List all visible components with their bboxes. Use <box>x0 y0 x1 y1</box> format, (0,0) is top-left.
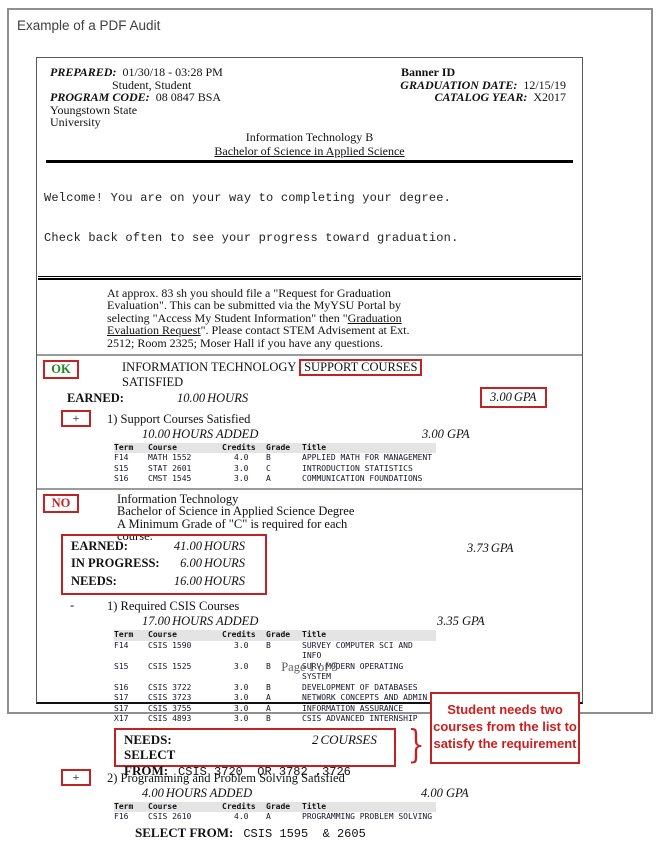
support-title-main: INFORMATION TECHNOLOGY <box>122 360 296 374</box>
cell-grade: A <box>266 812 302 823</box>
earned-hours-unit: HOURS <box>207 391 248 405</box>
earned-label: EARNED: <box>71 538 128 556</box>
cell-credits: 3.0 <box>222 704 266 715</box>
welcome-banner: Welcome! You are on your way to completi… <box>44 165 582 273</box>
cell-term: S15 <box>114 464 148 475</box>
program-stats-wrap: EARNED: 41.00HOURS IN PROGRESS: 6.00HOUR… <box>61 534 267 596</box>
table-header-row: Term Course Credits Grade Title <box>114 443 436 454</box>
cell-term: X17 <box>114 714 148 725</box>
support-hours-added-line: 10.00HOURS ADDED 3.00 GPA <box>142 428 582 440</box>
section-divider-1 <box>37 354 582 356</box>
col-title: Title <box>302 802 436 813</box>
cell-term: F14 <box>114 641 148 662</box>
programming-added-value: 4.00 <box>142 786 164 800</box>
cell-title: INTRODUCTION STATISTICS <box>302 464 436 475</box>
cell-credits: 3.0 <box>222 683 266 694</box>
needs-count-unit: COURSES <box>321 732 377 747</box>
cell-credits: 4.0 <box>222 812 266 823</box>
support-courses-highlight-box: SUPPORT COURSES <box>299 359 422 376</box>
earned-label: EARNED: <box>67 391 124 405</box>
pdf-audit-page: PREPARED: 01/30/18 - 03:28 PM Student, S… <box>36 57 583 704</box>
table-row: S17 CSIS 3723 3.0 A NETWORK CONCEPTS AND… <box>114 693 436 704</box>
earned-value: 41.00 <box>174 539 202 553</box>
collapse-dash-icon[interactable]: - <box>70 598 74 613</box>
cell-title: COMMUNICATION FOUNDATIONS <box>302 474 436 485</box>
table-row: F14 MATH 1552 4.0 B APPLIED MATH FOR MAN… <box>114 453 436 464</box>
needs-unit: HOURS <box>204 574 245 588</box>
support-earned-line: EARNED: 10.00HOURS 3.00GPA <box>67 391 582 408</box>
status-no-badge: NO <box>43 494 79 513</box>
select-from-courses: CSIS 1595 & 2605 <box>243 827 365 841</box>
support-item-row: + 1) Support Courses Satisfied <box>37 411 582 428</box>
support-item-label: 1) Support Courses Satisfied <box>107 412 250 427</box>
csis-added-unit: HOURS ADDED <box>172 614 258 628</box>
section-divider-2 <box>37 488 582 490</box>
status-ok-badge: OK <box>43 360 79 379</box>
cell-title: PROGRAMMING PROBLEM SOLVING <box>302 812 436 823</box>
earned-unit: HOURS <box>204 539 245 553</box>
cell-course: CSIS 3722 <box>148 683 222 694</box>
support-added-unit: HOURS ADDED <box>172 427 258 441</box>
advisor-annotation-callout: Student needs two courses from the list … <box>430 692 580 764</box>
table-header-row: Term Course Credits Grade Title <box>114 802 436 813</box>
catalog-year-line: CATALOG YEAR: X2017 <box>391 91 566 104</box>
needs-line: NEEDS: 2COURSES <box>124 732 386 747</box>
cell-credits: 3.0 <box>222 693 266 704</box>
program-gpa-unit: GPA <box>491 541 514 555</box>
programming-added-gpa-unit: GPA <box>446 786 469 800</box>
frame-title: Example of a PDF Audit <box>17 18 160 33</box>
cell-term: S17 <box>114 693 148 704</box>
col-grade: Grade <box>266 443 302 454</box>
earned-row: EARNED: 41.00HOURS <box>71 538 255 556</box>
csis-hours-added-line: 17.00HOURS ADDED 3.35 GPA <box>142 615 582 627</box>
support-section-title: INFORMATION TECHNOLOGY SUPPORT COURSES S… <box>122 359 582 389</box>
expand-plus-icon[interactable]: + <box>61 410 91 427</box>
support-section-head: OK INFORMATION TECHNOLOGY SUPPORT COURSE… <box>37 359 582 389</box>
graduation-advisory: At approx. 83 sh you should file a "Requ… <box>107 287 415 349</box>
catalog-year-label: CATALOG YEAR: <box>435 90 528 104</box>
cell-course: STAT 2601 <box>148 464 222 475</box>
catalog-year-value: X2017 <box>533 90 566 104</box>
needs-row: NEEDS: 16.00HOURS <box>71 573 255 591</box>
col-grade: Grade <box>266 802 302 813</box>
csis-courses-table: Term Course Credits Grade Title F14 CSIS… <box>114 630 436 725</box>
cell-grade: A <box>266 474 302 485</box>
prepared-label: PREPARED: <box>50 65 116 79</box>
needs-label: NEEDS: <box>71 573 117 591</box>
cell-term: S17 <box>114 704 148 715</box>
table-row: F14 CSIS 1590 3.0 B SURVEY COMPUTER SCI … <box>114 641 436 662</box>
cell-course: CSIS 2610 <box>148 812 222 823</box>
cell-title: APPLIED MATH FOR MANAGEMENT <box>302 453 436 464</box>
cell-grade: C <box>266 464 302 475</box>
programming-item-label: 2) Programming and Problem Solving Satis… <box>107 771 345 786</box>
cell-credits: 4.0 <box>222 453 266 464</box>
program-title-line2: Bachelor of Science in Applied Science D… <box>117 505 582 518</box>
programming-item-row: + 2) Programming and Problem Solving Sat… <box>37 770 582 787</box>
col-title: Title <box>302 630 436 641</box>
welcome-line2: Check back often to see your progress to… <box>44 232 582 246</box>
cell-course: CSIS 4893 <box>148 714 222 725</box>
callout-brace-icon: } <box>408 722 425 766</box>
cell-grade: B <box>266 641 302 662</box>
needs-value: 16.00 <box>174 574 202 588</box>
program-code-value: 08 0847 BSA <box>156 90 221 104</box>
select-from-line: SELECT FROM:CSIS 3720 OR 3782 ,3726 <box>124 747 386 762</box>
cell-grade: B <box>266 683 302 694</box>
select-from-line-2: SELECT FROM:CSIS 1595 & 2605 <box>135 825 582 841</box>
cell-grade: B <box>266 714 302 725</box>
csis-added-value: 17.00 <box>142 614 170 628</box>
cell-course: CMST 1545 <box>148 474 222 485</box>
table-row: S16 CMST 1545 3.0 A COMMUNICATION FOUNDA… <box>114 474 436 485</box>
col-term: Term <box>114 443 148 454</box>
csis-item-row: - 1) Required CSIS Courses <box>37 598 582 615</box>
cell-term: S16 <box>114 683 148 694</box>
cell-grade: A <box>266 693 302 704</box>
col-course: Course <box>148 443 222 454</box>
institution-line1: Youngstown State <box>50 104 582 117</box>
in-progress-unit: HOURS <box>204 556 245 570</box>
in-progress-label: IN PROGRESS: <box>71 555 160 573</box>
csis-added-gpa: 3.35 <box>437 614 459 628</box>
programming-added-unit: HOURS ADDED <box>166 786 252 800</box>
needs-label: NEEDS: <box>124 732 172 747</box>
cell-credits: 3.0 <box>222 641 266 662</box>
prepared-value: 01/30/18 - 03:28 PM <box>122 65 222 79</box>
support-added-gpa-unit: GPA <box>447 427 470 441</box>
needs-count: 2 <box>312 732 319 747</box>
programming-hours-added-line: 4.00HOURS ADDED 4.00 GPA <box>142 787 582 799</box>
table-row: S16 CSIS 3722 3.0 B DEVELOPMENT OF DATAB… <box>114 683 436 694</box>
cell-title: INFORMATION ASSURANCE <box>302 704 436 715</box>
support-gpa-unit: GPA <box>514 390 537 404</box>
earned-hours-value: 10.00 <box>177 391 205 405</box>
cell-title: SURVEY COMPUTER SCI AND INFO <box>302 641 436 662</box>
cell-term: F14 <box>114 453 148 464</box>
cell-course: MATH 1552 <box>148 453 222 464</box>
welcome-divider <box>38 276 581 280</box>
csis-item-label: 1) Required CSIS Courses <box>107 599 239 614</box>
cell-grade: B <box>266 453 302 464</box>
degree-title: Bachelor of Science in Applied Science <box>37 145 582 158</box>
program-title-line3: A Minimum Grade of "C" is required for e… <box>117 518 582 531</box>
col-term: Term <box>114 630 148 641</box>
cell-credits: 3.0 <box>222 474 266 485</box>
col-credits: Credits <box>222 443 266 454</box>
in-progress-value: 6.00 <box>180 556 202 570</box>
cell-title: DEVELOPMENT OF DATABASES <box>302 683 436 694</box>
cell-course: CSIS 3723 <box>148 693 222 704</box>
institution-line2: University <box>50 116 582 129</box>
table-row: S15 STAT 2601 3.0 C INTRODUCTION STATIST… <box>114 464 436 475</box>
audit-header: PREPARED: 01/30/18 - 03:28 PM Student, S… <box>37 58 582 158</box>
program-title: Information Technology B <box>37 131 582 144</box>
needs-highlight-box: NEEDS: 2COURSES SELECT FROM:CSIS 3720 OR… <box>114 728 396 767</box>
cell-course: CSIS 1590 <box>148 641 222 662</box>
col-term: Term <box>114 802 148 813</box>
table-row: X17 CSIS 4893 3.0 B CSIS ADVANCED INTERN… <box>114 714 436 725</box>
col-credits: Credits <box>222 802 266 813</box>
page-indicator: Page 1 of 5 <box>36 660 583 675</box>
cell-term: F16 <box>114 812 148 823</box>
support-courses-table: Term Course Credits Grade Title F14 MATH… <box>114 443 436 485</box>
cell-grade: A <box>266 704 302 715</box>
cell-title: NETWORK CONCEPTS AND ADMIN <box>302 693 436 704</box>
welcome-line1: Welcome! You are on your way to completi… <box>44 192 582 206</box>
col-credits: Credits <box>222 630 266 641</box>
header-divider <box>46 160 573 163</box>
audit-header-right: Banner ID GRADUATION DATE: 12/15/19 CATA… <box>391 66 566 104</box>
cell-term: S16 <box>114 474 148 485</box>
cell-credits: 3.0 <box>222 464 266 475</box>
cell-credits: 3.0 <box>222 714 266 725</box>
table-row: S17 CSIS 3755 3.0 A INFORMATION ASSURANC… <box>114 704 436 715</box>
col-title: Title <box>302 443 436 454</box>
expand-plus-icon[interactable]: + <box>61 769 91 786</box>
program-gpa-value: 3.73 <box>467 541 489 555</box>
programming-courses-table: Term Course Credits Grade Title F16 CSIS… <box>114 802 436 823</box>
support-gpa-value: 3.00 <box>490 390 512 404</box>
col-course: Course <box>148 802 222 813</box>
select-from-label: SELECT FROM: <box>135 825 233 840</box>
in-progress-row: IN PROGRESS: 6.00HOURS <box>71 555 255 573</box>
cell-course: CSIS 3755 <box>148 704 222 715</box>
table-row: F16 CSIS 2610 4.0 A PROGRAMMING PROBLEM … <box>114 812 436 823</box>
support-added-value: 10.00 <box>142 427 170 441</box>
table-header-row: Term Course Credits Grade Title <box>114 630 436 641</box>
col-grade: Grade <box>266 630 302 641</box>
programming-added-gpa: 4.00 <box>421 786 443 800</box>
col-course: Course <box>148 630 222 641</box>
csis-added-gpa-unit: GPA <box>462 614 485 628</box>
audit-example-frame: Example of a PDF Audit PREPARED: 01/30/1… <box>7 8 653 714</box>
support-added-gpa: 3.00 <box>422 427 444 441</box>
gpa-highlight-box: 3.00GPA <box>480 387 547 408</box>
stats-highlight-box: EARNED: 41.00HOURS IN PROGRESS: 6.00HOUR… <box>61 534 267 596</box>
